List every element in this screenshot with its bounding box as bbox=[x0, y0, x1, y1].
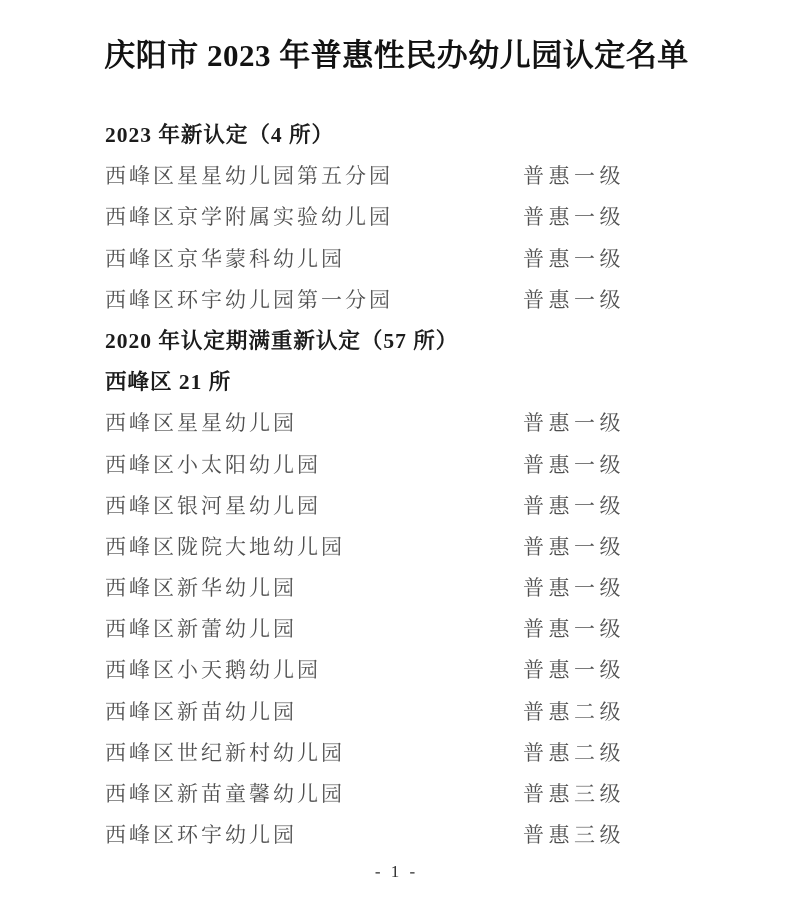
table-row: 西峰区京学附属实验幼儿园 普惠一级 bbox=[105, 197, 743, 238]
table-row: 西峰区新蕾幼儿园 普惠一级 bbox=[105, 609, 743, 650]
table-row: 西峰区新华幼儿园 普惠一级 bbox=[105, 568, 743, 609]
section-heading-2020-renewal: 2020 年认定期满重新认定（57 所） bbox=[105, 321, 743, 362]
kindergarten-name: 西峰区星星幼儿园第五分园 bbox=[105, 164, 393, 188]
rating-level: 普惠一级 bbox=[523, 280, 625, 321]
kindergarten-name: 西峰区京学附属实验幼儿园 bbox=[105, 205, 393, 229]
rating-level: 普惠一级 bbox=[523, 527, 625, 568]
table-row: 西峰区小天鹅幼儿园 普惠一级 bbox=[105, 650, 743, 691]
kindergarten-name: 西峰区小太阳幼儿园 bbox=[105, 453, 321, 477]
table-row: 西峰区新苗童馨幼儿园 普惠三级 bbox=[105, 774, 743, 815]
table-row: 西峰区银河星幼儿园 普惠一级 bbox=[105, 486, 743, 527]
kindergarten-name: 西峰区新华幼儿园 bbox=[105, 576, 297, 600]
table-row: 西峰区新苗幼儿园 普惠二级 bbox=[105, 692, 743, 733]
district-subheading-xifeng: 西峰区 21 所 bbox=[105, 362, 743, 403]
table-row: 西峰区陇院大地幼儿园 普惠一级 bbox=[105, 527, 743, 568]
page-title: 庆阳市 2023 年普惠性民办幼儿园认定名单 bbox=[0, 0, 793, 75]
rating-level: 普惠一级 bbox=[523, 445, 625, 486]
table-row: 西峰区环宇幼儿园 普惠三级 bbox=[105, 815, 743, 856]
rating-level: 普惠一级 bbox=[523, 609, 625, 650]
kindergarten-name: 西峰区银河星幼儿园 bbox=[105, 494, 321, 518]
rating-level: 普惠一级 bbox=[523, 403, 625, 444]
rating-level: 普惠二级 bbox=[523, 733, 625, 774]
rating-level: 普惠一级 bbox=[523, 650, 625, 691]
document-page: 庆阳市 2023 年普惠性民办幼儿园认定名单 2023 年新认定（4 所） 西峰… bbox=[0, 0, 793, 912]
kindergarten-name: 西峰区新苗幼儿园 bbox=[105, 700, 297, 724]
kindergarten-name: 西峰区小天鹅幼儿园 bbox=[105, 658, 321, 682]
kindergarten-name: 西峰区新蕾幼儿园 bbox=[105, 617, 297, 641]
kindergarten-name: 西峰区世纪新村幼儿园 bbox=[105, 741, 345, 765]
rating-level: 普惠三级 bbox=[523, 774, 625, 815]
table-row: 西峰区星星幼儿园第五分园 普惠一级 bbox=[105, 156, 743, 197]
table-row: 西峰区小太阳幼儿园 普惠一级 bbox=[105, 445, 743, 486]
table-row: 西峰区京华蒙科幼儿园 普惠一级 bbox=[105, 239, 743, 280]
rating-level: 普惠三级 bbox=[523, 815, 625, 856]
document-body: 2023 年新认定（4 所） 西峰区星星幼儿园第五分园 普惠一级 西峰区京学附属… bbox=[105, 115, 743, 856]
page-number: - 1 - bbox=[0, 862, 793, 882]
table-row: 西峰区星星幼儿园 普惠一级 bbox=[105, 403, 743, 444]
table-row: 西峰区环宇幼儿园第一分园 普惠一级 bbox=[105, 280, 743, 321]
table-row: 西峰区世纪新村幼儿园 普惠二级 bbox=[105, 733, 743, 774]
rating-level: 普惠一级 bbox=[523, 197, 625, 238]
kindergarten-name: 西峰区环宇幼儿园 bbox=[105, 823, 297, 847]
kindergarten-name: 西峰区环宇幼儿园第一分园 bbox=[105, 288, 393, 312]
kindergarten-name: 西峰区陇院大地幼儿园 bbox=[105, 535, 345, 559]
rating-level: 普惠一级 bbox=[523, 239, 625, 280]
kindergarten-name: 西峰区新苗童馨幼儿园 bbox=[105, 782, 345, 806]
kindergarten-name: 西峰区京华蒙科幼儿园 bbox=[105, 247, 345, 271]
section-heading-2023-new: 2023 年新认定（4 所） bbox=[105, 115, 743, 156]
rating-level: 普惠一级 bbox=[523, 486, 625, 527]
rating-level: 普惠二级 bbox=[523, 692, 625, 733]
kindergarten-name: 西峰区星星幼儿园 bbox=[105, 411, 297, 435]
rating-level: 普惠一级 bbox=[523, 156, 625, 197]
rating-level: 普惠一级 bbox=[523, 568, 625, 609]
